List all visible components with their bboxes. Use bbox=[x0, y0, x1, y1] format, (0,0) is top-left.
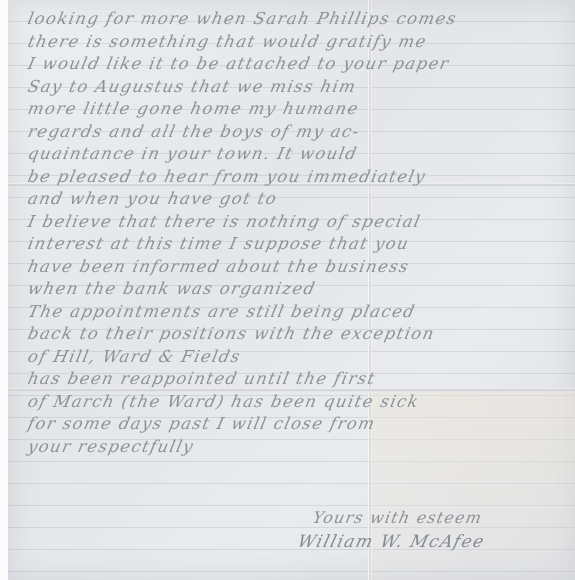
letter-line: of Hill, Ward & Fields bbox=[26, 346, 575, 369]
letter-line: when the bank was organized bbox=[26, 278, 575, 301]
letter-line: quaintance in your town. It would bbox=[26, 143, 575, 166]
letter-line: be pleased to hear from you immediately bbox=[26, 166, 575, 189]
letter-signature: William W. McAfee bbox=[296, 532, 488, 552]
letter-line: and when you have got to bbox=[26, 188, 575, 211]
letter-line: regards and all the boys of my ac- bbox=[26, 121, 575, 144]
letter-line: your respectfully bbox=[26, 436, 575, 459]
scan-margin bbox=[0, 0, 8, 580]
letter-line: for some days past I will close from bbox=[26, 413, 575, 436]
letter-line: I believe that there is nothing of speci… bbox=[26, 211, 575, 234]
letter-line: The appointments are still being placed bbox=[26, 301, 575, 324]
letter-line: looking for more when Sarah Phillips com… bbox=[26, 8, 575, 31]
letter-closing: Yours with esteem bbox=[311, 508, 484, 527]
letter-line: back to their positions with the excepti… bbox=[26, 323, 575, 346]
letter-line: has been reappointed until the first bbox=[26, 368, 575, 391]
letter-line: Say to Augustus that we miss him bbox=[26, 76, 575, 99]
letter-page: looking for more when Sarah Phillips com… bbox=[8, 0, 575, 580]
letter-line: more little gone home my humane bbox=[26, 98, 575, 121]
letter-line: I would like it to be attached to your p… bbox=[26, 53, 575, 76]
letter-body: looking for more when Sarah Phillips com… bbox=[28, 8, 575, 458]
letter-line: have been informed about the business bbox=[26, 256, 575, 279]
letter-line: there is something that would gratify me bbox=[26, 31, 575, 54]
letter-line: of March (the Ward) has been quite sick bbox=[26, 391, 575, 414]
letter-line: interest at this time I suppose that you bbox=[26, 233, 575, 256]
